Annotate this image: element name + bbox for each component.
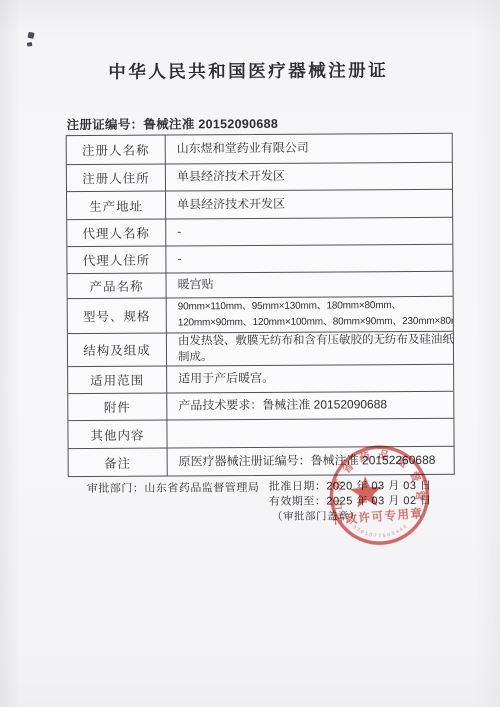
row-label: 附件 <box>68 394 167 421</box>
seal-arc-text: 山东省药品监督管理局 <box>298 421 428 519</box>
row-label: 代理人名称 <box>67 220 166 247</box>
approval-department-value: 山东省药品监督管理局 <box>144 482 259 495</box>
table-row: 生产地址 单县经济技术开发区 <box>67 189 452 219</box>
scan-artifact-speck <box>27 42 33 47</box>
row-value: 山东煜和堂药业有限公司 <box>166 134 452 164</box>
row-value: 单县经济技术开发区 <box>166 163 452 191</box>
table-row: 附件 产品技术要求：鲁械注准 20152090688 <box>68 391 453 420</box>
table-row: 结构及组成 由发热袋、敷膜无纺布和含有压敏胶的无纺布及硅油纸 制成。 <box>68 331 453 366</box>
seal-banner-text: 行政许可专用章 <box>332 506 424 527</box>
seal-star-icon <box>349 475 384 508</box>
scan-artifact-speck <box>28 32 35 39</box>
approval-department-label: 审批部门： <box>87 483 145 495</box>
certificate-number-label: 注册证编号： <box>67 118 144 132</box>
table-row: 注册人住所 单县经济技术开发区 <box>67 162 452 191</box>
row-label: 生产地址 <box>67 192 166 220</box>
row-label: 产品名称 <box>68 274 167 299</box>
row-label: 注册人名称 <box>67 136 166 165</box>
row-value: 由发热袋、敷膜无纺布和含有压敏胶的无纺布及硅油纸 制成。 <box>167 332 453 366</box>
certificate-number-line: 注册证编号：鲁械注准 20152090688 <box>67 114 279 133</box>
row-label: 适用范围 <box>68 367 167 394</box>
table-row: 注册人名称 山东煜和堂药业有限公司 <box>67 134 452 164</box>
row-label: 型号、规格 <box>68 299 167 334</box>
official-red-seal: 山东省药品监督管理局 行政许可专用章 3701077503440 <box>298 421 459 582</box>
row-value: 适用于产后暖宫。 <box>167 365 453 393</box>
table-row: 适用范围 适用于产后暖宫。 <box>68 364 453 393</box>
approval-department-line: 审批部门：山东省药品监督管理局 <box>87 479 260 496</box>
row-label: 其他内容 <box>68 421 167 449</box>
row-value: 产品技术要求：鲁械注准 20152090688 <box>167 392 453 420</box>
row-value: - <box>166 245 452 273</box>
certificate-number-value: 鲁械注准 20152090688 <box>143 117 278 132</box>
row-label: 结构及组成 <box>68 334 167 367</box>
table-row: 产品名称 暖宫贴 <box>68 271 453 298</box>
svg-text:山东省药品监督管理局: 山东省药品监督管理局 <box>298 421 428 519</box>
row-value: 90mm×110mm、95mm×130mm、180mm×80mm、 120mm×… <box>167 297 453 333</box>
table-row: 代理人名称 - <box>67 217 452 246</box>
scanned-content: 中华人民共和国医疗器械注册证 注册证编号：鲁械注准 20152090688 注册… <box>0 0 500 707</box>
table-row: 代理人住所 - <box>67 244 452 273</box>
row-label: 备注 <box>69 449 168 477</box>
row-label: 注册人住所 <box>67 165 166 192</box>
certificate-page: 中华人民共和国医疗器械注册证 注册证编号：鲁械注准 20152090688 注册… <box>0 0 500 707</box>
row-value: - <box>166 218 452 246</box>
document-title: 中华人民共和国医疗器械注册证 <box>0 56 498 84</box>
row-value: 单县经济技术开发区 <box>166 190 452 219</box>
table-row: 型号、规格 90mm×110mm、95mm×130mm、180mm×80mm、 … <box>68 296 453 333</box>
row-label: 代理人住所 <box>67 247 166 274</box>
row-value: 暖宫贴 <box>167 272 453 298</box>
